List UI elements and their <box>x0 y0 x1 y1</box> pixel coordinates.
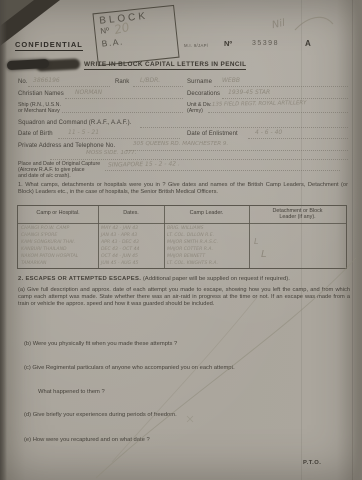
field-value-no: 3866196 <box>33 77 60 84</box>
stamp-handwritten-number: 20 <box>112 20 130 37</box>
field-label-capture-3: and date of a/c crash). <box>18 173 71 179</box>
table-cell-dates: JUN 45 - AUG 45 <box>101 261 138 266</box>
field-value-christian-names: NORMAN <box>75 89 102 96</box>
handwritten-nil-note: Nil <box>271 18 286 31</box>
question-2c: (c) Give Regimental particulars of anyon… <box>24 365 235 371</box>
dotted-line <box>248 137 348 139</box>
field-value-surname: WEBB <box>222 77 240 84</box>
pow-liberation-questionnaire: CONFIDENTIAL BLOCK Nº 20 B.A. M.I. 9/JAP… <box>0 0 362 480</box>
question-2a: (a) Give full description and approx. da… <box>18 287 350 308</box>
table-header-camp: Camp or Hospital. <box>18 210 98 216</box>
table-cell-camp: NAKOM PATON HOSPITAL <box>21 254 78 259</box>
right-page-edge <box>353 0 362 480</box>
please-turn-over: P.T.O. <box>303 460 321 466</box>
table-cell-block-mark: L <box>254 237 258 246</box>
field-value-decorations: 1939-45 STAR <box>228 89 270 96</box>
left-page-edge <box>0 0 7 480</box>
field-value-rank: L/BDR. <box>140 77 160 84</box>
dotted-line <box>65 97 183 99</box>
table-cell-camp: TAMARKAN <box>21 261 46 266</box>
dotted-line <box>208 111 348 113</box>
camps-table: Camp or Hospital. Dates. Camp Leader. De… <box>17 205 347 269</box>
table-header-block: Detachment or Block Leader (if any). <box>249 208 346 220</box>
field-value-dob: 11 - 5 - 21 <box>68 129 99 136</box>
dotted-line <box>50 158 348 160</box>
section-2-title-note: (Additional paper will be supplied on re… <box>141 276 290 282</box>
field-label-dob: Date of Birth <box>18 131 53 137</box>
question-2e: (e) How were you recaptured and on what … <box>24 437 150 443</box>
question-2d: (d) Give briefly your experiences during… <box>24 412 177 418</box>
section-2-title: 2. ESCAPES OR ATTEMPTED ESCAPES. <box>18 276 141 282</box>
field-label-ship-2: or Merchant Navy <box>18 108 60 114</box>
question-2c-followup: What happened to them ? <box>38 389 105 395</box>
field-label-enlistment: Date of Enlistment <box>187 131 238 137</box>
block-number-stamp: BLOCK Nº 20 B.A. <box>92 5 179 66</box>
table-cell-leader: BRIG. WILLIAMS <box>167 226 204 231</box>
block-capitals-instruction: WRITE IN BLOCK CAPITAL LETTERS IN PENCIL <box>84 61 246 70</box>
field-label-unit-2: (Army) <box>187 108 203 114</box>
field-value-address-2: MOSS SIDE. 1077. <box>86 150 137 156</box>
field-label-surname: Surname <box>187 79 212 85</box>
table-cell-camp: CHANGI S'PORE <box>21 233 57 238</box>
dotted-line <box>140 126 348 128</box>
table-cell-leader: LT. COL. DILLON R.E. <box>167 233 214 238</box>
field-value-capture: SINGAPORE 15 - 2 - 42 . <box>108 160 180 168</box>
table-cell-leader: MAJOR COTTER R.A. <box>167 247 213 252</box>
field-label-squadron: Squadron and Command (R.A.F., A.A.F.). <box>18 120 132 126</box>
stamp-no-label: Nº <box>100 26 110 36</box>
table-header-leader: Camp Leader. <box>164 210 249 216</box>
table-cell-camp: KAMI SONGKURAI THAI. <box>21 240 75 245</box>
table-cell-camp: CHANGI P.O.W. CAMP <box>21 226 69 231</box>
dotted-line <box>28 85 110 87</box>
dotted-line <box>126 149 348 151</box>
dotted-line <box>105 169 340 171</box>
field-label-rank: Rank <box>115 79 129 85</box>
question-2b: (b) Were you physically fit when you mad… <box>24 341 177 347</box>
ref-letter-a: A <box>305 39 311 48</box>
dotted-line <box>133 85 183 87</box>
dotted-line <box>214 85 348 87</box>
table-cell-leader: LT. COL. KNIGHTS R.A. <box>167 261 218 266</box>
ref-prefix: M.I. 9/JAP/ <box>184 43 208 48</box>
field-label-christian-names: Christian Names <box>18 91 64 97</box>
table-cell-block-mark: L <box>261 249 267 260</box>
dotted-line <box>62 111 183 113</box>
pencil-scribble-blob <box>7 59 49 70</box>
field-label-address: Private Address and Telephone No. <box>18 143 115 149</box>
table-cell-dates: APR 43 - DEC 43 <box>101 240 139 245</box>
table-cell-dates: JAN 43 - APR 43 <box>101 233 137 238</box>
table-cell-leader: MAJOR BENNETT <box>167 254 205 259</box>
table-cell-camp: KANBURI THAILAND <box>21 247 67 252</box>
field-value-unit: 135 FIELD REGT. ROYAL ARTILLERY <box>212 100 307 108</box>
field-value-address-1: 305 QUEENS RD. MANCHESTER 9. <box>133 141 228 147</box>
ref-serial-number: 35398 <box>252 40 279 47</box>
table-cell-dates: OCT 44 - JUN 45 <box>101 254 138 259</box>
dotted-line <box>58 137 180 139</box>
ref-no-label: Nº <box>224 39 232 48</box>
table-cell-dates: MAY 42 - JAN 43 <box>101 226 138 231</box>
field-label-no: No. <box>18 79 28 85</box>
table-header-dates: Dates. <box>98 210 164 216</box>
field-label-decorations: Decorations <box>187 91 220 97</box>
page-edge-crease <box>352 0 353 480</box>
table-cell-leader: MAJOR SMITH R.A.S.C. <box>167 240 218 245</box>
confidential-marking: CONFIDENTIAL <box>15 40 83 51</box>
field-value-enlistment: 4 - 6 - 40 <box>255 129 282 136</box>
table-header-rule <box>18 223 346 224</box>
dotted-line <box>222 97 348 99</box>
question-1: 1. What camps, detachments or hospitals … <box>18 182 348 196</box>
table-cell-dates: DEC 43 - OCT 44 <box>101 247 139 252</box>
